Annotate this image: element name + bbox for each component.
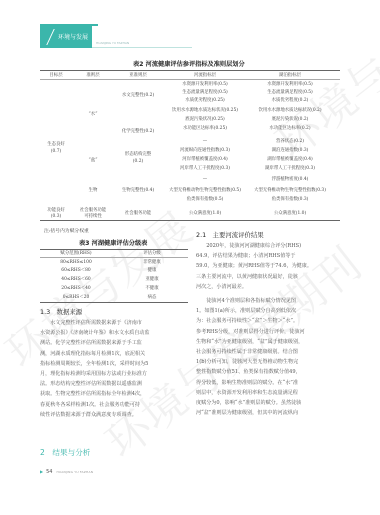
table3-top-rule [40, 249, 188, 250]
table2-river-cell: 底泥污染状况(0.25) [185, 117, 225, 122]
table2-sub-bio: 生物完整性(0.4) [122, 188, 154, 193]
table2-sub-social: 社会服务功能 [125, 211, 151, 216]
table3-range-cell: 20≤RHS＜40 [61, 286, 90, 291]
text-line: 社会服务可持续性属于非常健康级别。结合图 [196, 347, 342, 357]
table2-river-cell: — [203, 177, 207, 182]
text-line: 徒骇河4个准则层和各指标赋分情况见图 [196, 296, 342, 306]
section-label: 环境与发展 [58, 32, 88, 41]
page-footer: ▶54HUANJING YU FAZHAN [40, 469, 93, 475]
table3-col-grade: 评估分级 [143, 251, 161, 256]
table3-grade-cell: 病态 [148, 295, 157, 300]
table2-lake-cell: 饮用水水源地水质达标状况(0.2) [258, 108, 321, 113]
text-line: 法。形态结构完整性评估所需数据以遥感监测 [40, 379, 190, 389]
table3-col-range: 赋分范围(RHS) [60, 251, 91, 256]
text-line: 续性评估数据来源于群众满意度专项调查。 [40, 410, 190, 420]
table2-sub-morph-weight: (0.2) [133, 159, 143, 164]
table3-range-cell: 80≤RHS≤100 [60, 260, 91, 265]
text-line: 1。如图1(a)所示，准则层赋分自高到低依次 [196, 306, 342, 316]
table2-goal-ecology: 生态良好 [47, 142, 65, 147]
table2-col-criteria: 准则层 [86, 73, 99, 78]
table3-header-rule [40, 257, 188, 258]
text-line: 河“盆”准则层为健康级别，但其中的河流纵向 [196, 408, 342, 418]
table2-river-cell: 大型无脊椎动物生物完整性指数(0.5) [169, 188, 241, 193]
table2-lake-cell: 水资源开发利用率(0.5) [267, 82, 313, 87]
table2-lake-cell: 大型无脊椎动物生物完整性指数(0.3) [254, 188, 326, 193]
table2-col-subcriteria: 亚准则层 [129, 73, 147, 78]
table2-lake-cell: 生态流量满足程度(0.5) [267, 90, 313, 95]
text-line: 度赋分为0，影响“水”准则层的赋分。虽然徒骇 [196, 398, 342, 408]
slash-decoration [46, 29, 54, 45]
text-line: 测，河湖水质理化指标每月检测1次，底泥相关 [40, 349, 190, 359]
journal-pinyin: HUANJING YU FAZHAN [56, 470, 93, 474]
table2-note: 注:括号内为赋分权重 [44, 227, 89, 234]
text-line: 则层中，水资源开发利用率和生态流量满足程 [196, 388, 342, 398]
table2-lake-cell: 湖泊连通指数(0.3) [272, 148, 309, 153]
triangle-marker-icon: ▶ [40, 469, 43, 474]
table3-range-cell: 60≤RHS＜80 [61, 268, 90, 273]
table2-lake-cell: 湖岸带人工干扰程度(0.3) [265, 166, 315, 171]
section-2-1-paragraph-2: 徒骇河4个准则层和各指标赋分情况见图 1。如图1(a)所示，准则层赋分自高到低依… [196, 296, 342, 418]
table3-range-cell: 0≤RHS＜20 [63, 295, 90, 300]
table2-river-cell: 鱼类保有指数(0.5) [187, 197, 224, 202]
table2-river-cell: 生态流量满足程度(0.5) [182, 90, 228, 95]
table2-goal-function-weight: (0.3) [51, 214, 61, 219]
table2-lake-cell: 底泥污染状况(0.2) [272, 117, 309, 122]
table2-criteria-social: 社会服务功能 [80, 208, 106, 213]
table2-top-rule [40, 70, 340, 71]
text-line: 指标检测周期较长，全年检测1次，采样时间为5 [40, 359, 190, 369]
table3-grade-cell: 非常健康 [143, 260, 161, 265]
table2-river-cell: 河岸带植被覆盖度(0.4) [182, 157, 228, 162]
table2-sub-hydro: 水文完整性(0.2) [122, 93, 154, 98]
table3-grade-cell: 健康 [148, 268, 157, 273]
table2-river-cell: 饮用水水源地水质达标状况(0.25) [172, 108, 238, 113]
section-banner: 环境与发展 [40, 26, 92, 48]
text-line: 春夏秋冬各采样检测1次。社会服务功能可持 [40, 400, 190, 410]
table2-river-cell: 水资源开发利用率(0.5) [182, 82, 228, 87]
text-line: 为：社会服务可持续性＞“盆”＞生物＞“水”。 [196, 316, 342, 326]
table2-lake-cell: 公众满意度(1.0) [274, 211, 306, 216]
text-line: 河次之，小清河最差。 [196, 282, 342, 292]
text-line: 获取。生物完整性评估所需指标全年检测4次， [40, 389, 190, 399]
table2-criteria-social-2: 可持续性 [84, 214, 102, 219]
table2-header-rule [40, 79, 340, 80]
page-number: 54 [46, 469, 52, 475]
table2-caption: 表2 河流健康评估参评指标及准则层划分 [133, 59, 245, 68]
section-2-1-paragraph-1: 2020年，徒骇河河湖健康综合评分(RHS) 64.9，评估结果为健康；小清河R… [196, 241, 342, 292]
table2-river-cell: — [203, 139, 207, 144]
table2-lake-cell: 水质优劣程度(0.2) [272, 98, 309, 103]
text-line: 64.9，评估结果为健康；小清河RHS值等于 [196, 251, 342, 261]
table2-goal-ecology-weight: (0.7) [51, 149, 61, 154]
text-line: 59.0，为亚健康；黄河RHS值等于74.6，为健康。 [196, 261, 342, 271]
text-line: 1(b)分析可知，徒骇河大型无脊椎动物生物完 [196, 357, 342, 367]
text-line: 2020年，徒骇河河湖健康综合评分(RHS) [196, 241, 342, 251]
table2-col-river: 河流指标层 [194, 73, 216, 78]
table3-grade-cell: 不健康 [145, 286, 158, 291]
text-line: 水文完整性评估所需数据来源于《济南市 [40, 318, 190, 328]
section-1-3-body: 水文完整性评估所需数据来源于《济南市 水资源公报》《济南统计年鉴》和水文水质自动… [40, 318, 190, 420]
table2-bottom-rule [40, 220, 340, 221]
text-line: 水资源公报》《济南统计年鉴》和水文水质自动监 [40, 328, 190, 338]
text-line: 得分较低，影响生物准则层的赋分。在“水”准 [196, 378, 342, 388]
section-2-1-heading: 2.1 主要河流评价结果 [196, 230, 264, 239]
text-line: 整性指数赋分值51、鱼类保有指数赋分值49， [196, 367, 342, 377]
table2-lake-cell: 浮游植物密度(0.4) [272, 177, 309, 182]
table2-lake-cell: 湖岸带植被覆盖度(0.4) [267, 157, 313, 162]
text-line: 测站。化学完整性评估所需数据来源于手工监 [40, 338, 190, 348]
table2-river-cell: 河流纵向连通性指数(0.3) [180, 148, 230, 153]
table2-river-cell: 水质优劣程度(0.25) [185, 98, 225, 103]
table3-range-cell: 40≤RHS＜60 [61, 277, 90, 282]
table2-river-cell: 公众满意度(1.0) [189, 211, 221, 216]
header-rule [92, 47, 192, 48]
text-line: 月，理化指标检测均采用国标方法或行业标准方 [40, 369, 190, 379]
table3-grade-cell: 亚健康 [145, 277, 158, 282]
table3-caption: 表3 河湖健康评估分级表 [79, 238, 147, 247]
text-line: 三条主要河流中，以黄河健康状况最好，徒骇 [196, 272, 342, 282]
table2-sub-chem: 化学完整性(0.2) [122, 129, 154, 134]
text-line: 生物和“水”为亚健康级别，“盆”属于健康级别， [196, 337, 342, 347]
table2-lake-cell: 鱼类保有指数(0.3) [272, 197, 309, 202]
table2-lake-cell: 营养状态(0.2) [276, 139, 304, 144]
table2-criteria-water: “水” [89, 112, 98, 117]
table2-river-cell: 河岸带人工干扰程度(0.3) [180, 166, 230, 171]
journal-subtitle: HUANJING YU FAZHAN [96, 41, 129, 45]
table2-lake-cell: 水功能区达标率(0.2) [269, 126, 310, 131]
text-line: 参考RHS分级，对准则层得分进行评价，徒骇河 [196, 327, 342, 337]
table2-col-goal: 目标层 [49, 73, 62, 78]
table2-criteria-bio: 生物 [89, 188, 98, 193]
table3-bottom-rule [40, 302, 188, 303]
table2-goal-function: 功能良好 [47, 208, 65, 213]
table2-river-cell: 水功能区达标率(0.25) [183, 126, 227, 131]
table2-sub-morph: 形态结构完整 [125, 152, 151, 157]
table2-criteria-basin: “盆” [89, 158, 98, 163]
section-1-3-heading: 1.3 数据来源 [40, 307, 82, 316]
section-2-heading: 2 结果与分析 [40, 447, 90, 458]
table2-col-lake: 湖泊指标层 [279, 73, 301, 78]
